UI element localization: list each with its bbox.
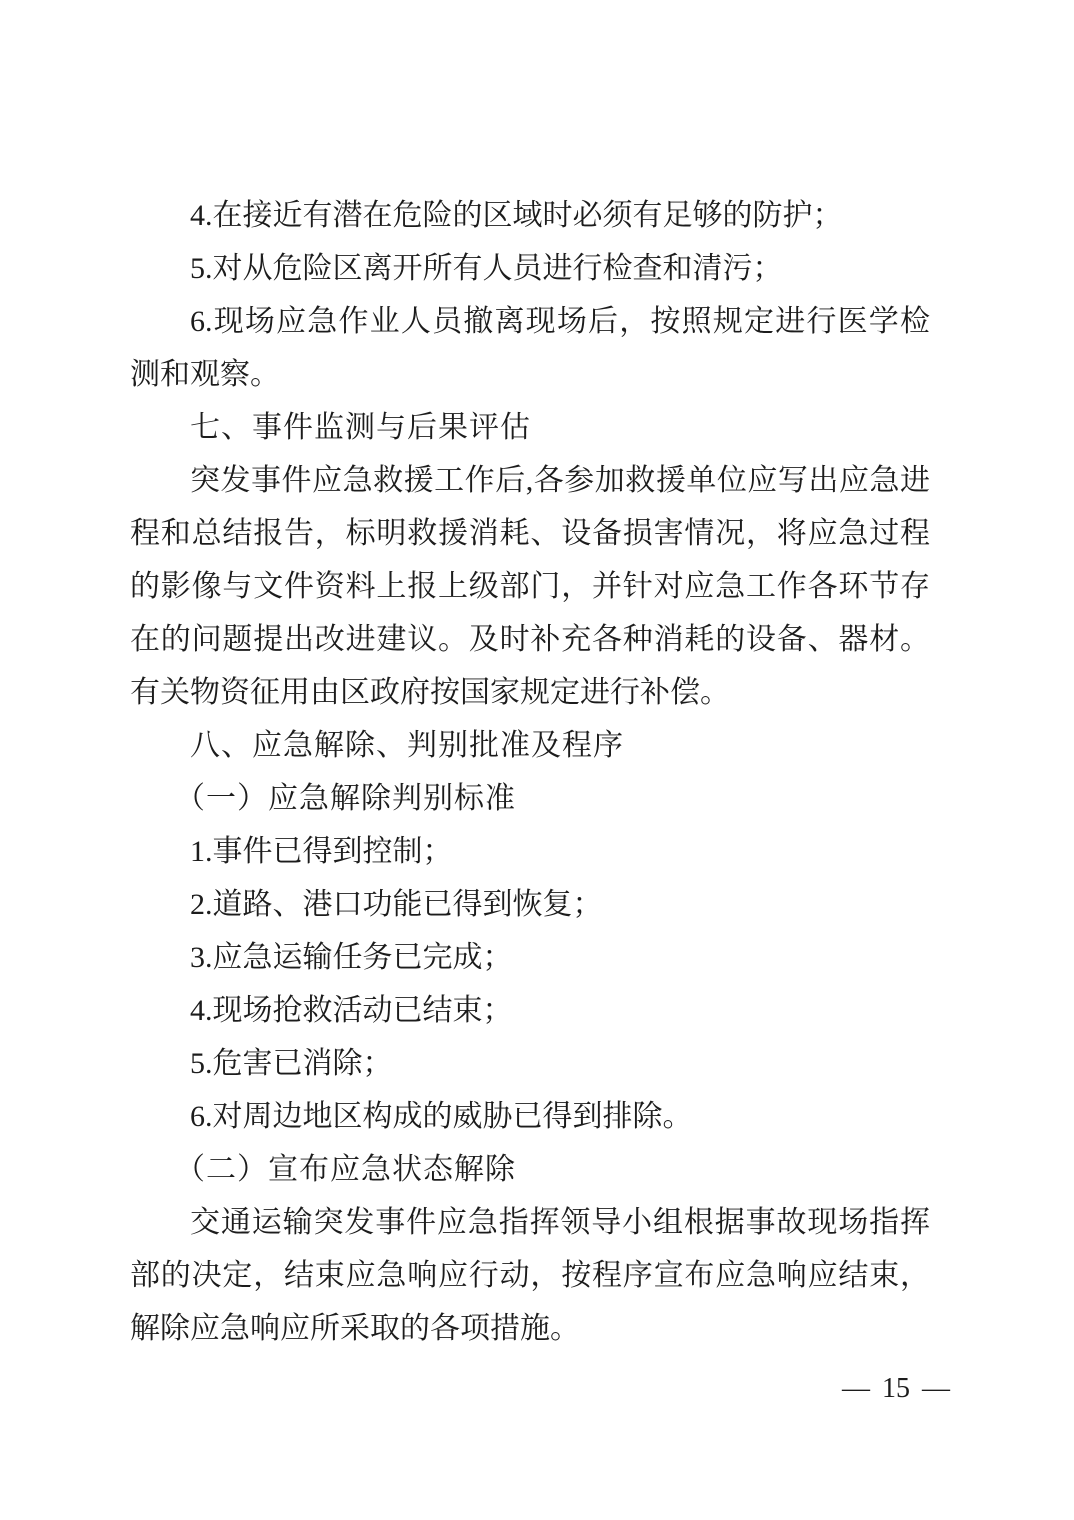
numbered-item-protection: 4.在接近有潜在危险的区域时必须有足够的防护； (130, 189, 930, 242)
document-page: 4.在接近有潜在危险的区域时必须有足够的防护； 5.对从危险区离开所有人员进行检… (0, 0, 1074, 1520)
criteria-item-controlled: 1.事件已得到控制； (130, 825, 930, 878)
page-number-value: 15 (882, 1372, 910, 1406)
criteria-item-rescue-ended: 4.现场抢救活动已结束； (130, 984, 930, 1037)
criteria-item-transport-done: 3.应急运输任务已完成； (130, 931, 930, 984)
paragraph-release-procedure: 交通运输突发事件应急指挥领导小组根据事故现场指挥部的决定，结束应急响应行动，按程… (130, 1196, 930, 1355)
criteria-item-threat-cleared: 6.对周边地区构成的威胁已得到排除。 (130, 1090, 930, 1143)
numbered-item-decontamination: 5.对从危险区离开所有人员进行检查和清污； (130, 242, 930, 295)
criteria-item-roads-restored: 2.道路、港口功能已得到恢复； (130, 878, 930, 931)
document-body: 4.在接近有潜在危险的区域时必须有足够的防护； 5.对从危险区离开所有人员进行检… (130, 189, 930, 1355)
page-number: — 15 — (842, 1372, 950, 1406)
paragraph-post-rescue-report: 突发事件应急救援工作后,各参加救援单位应写出应急进程和总结报告，标明救援消耗、设… (130, 454, 930, 719)
section-heading-monitoring: 七、事件监测与后果评估 (130, 401, 930, 454)
subheading-announce-release: （二）宣布应急状态解除 (130, 1143, 930, 1196)
subheading-release-criteria: （一）应急解除判别标准 (130, 772, 930, 825)
numbered-item-medical-check: 6.现场应急作业人员撤离现场后，按照规定进行医学检测和观察。 (130, 295, 930, 401)
section-heading-release: 八、应急解除、判别批准及程序 (130, 719, 930, 772)
page-number-right-dash: — (922, 1372, 950, 1406)
page-number-left-dash: — (842, 1372, 870, 1406)
criteria-item-hazard-removed: 5.危害已消除； (130, 1037, 930, 1090)
